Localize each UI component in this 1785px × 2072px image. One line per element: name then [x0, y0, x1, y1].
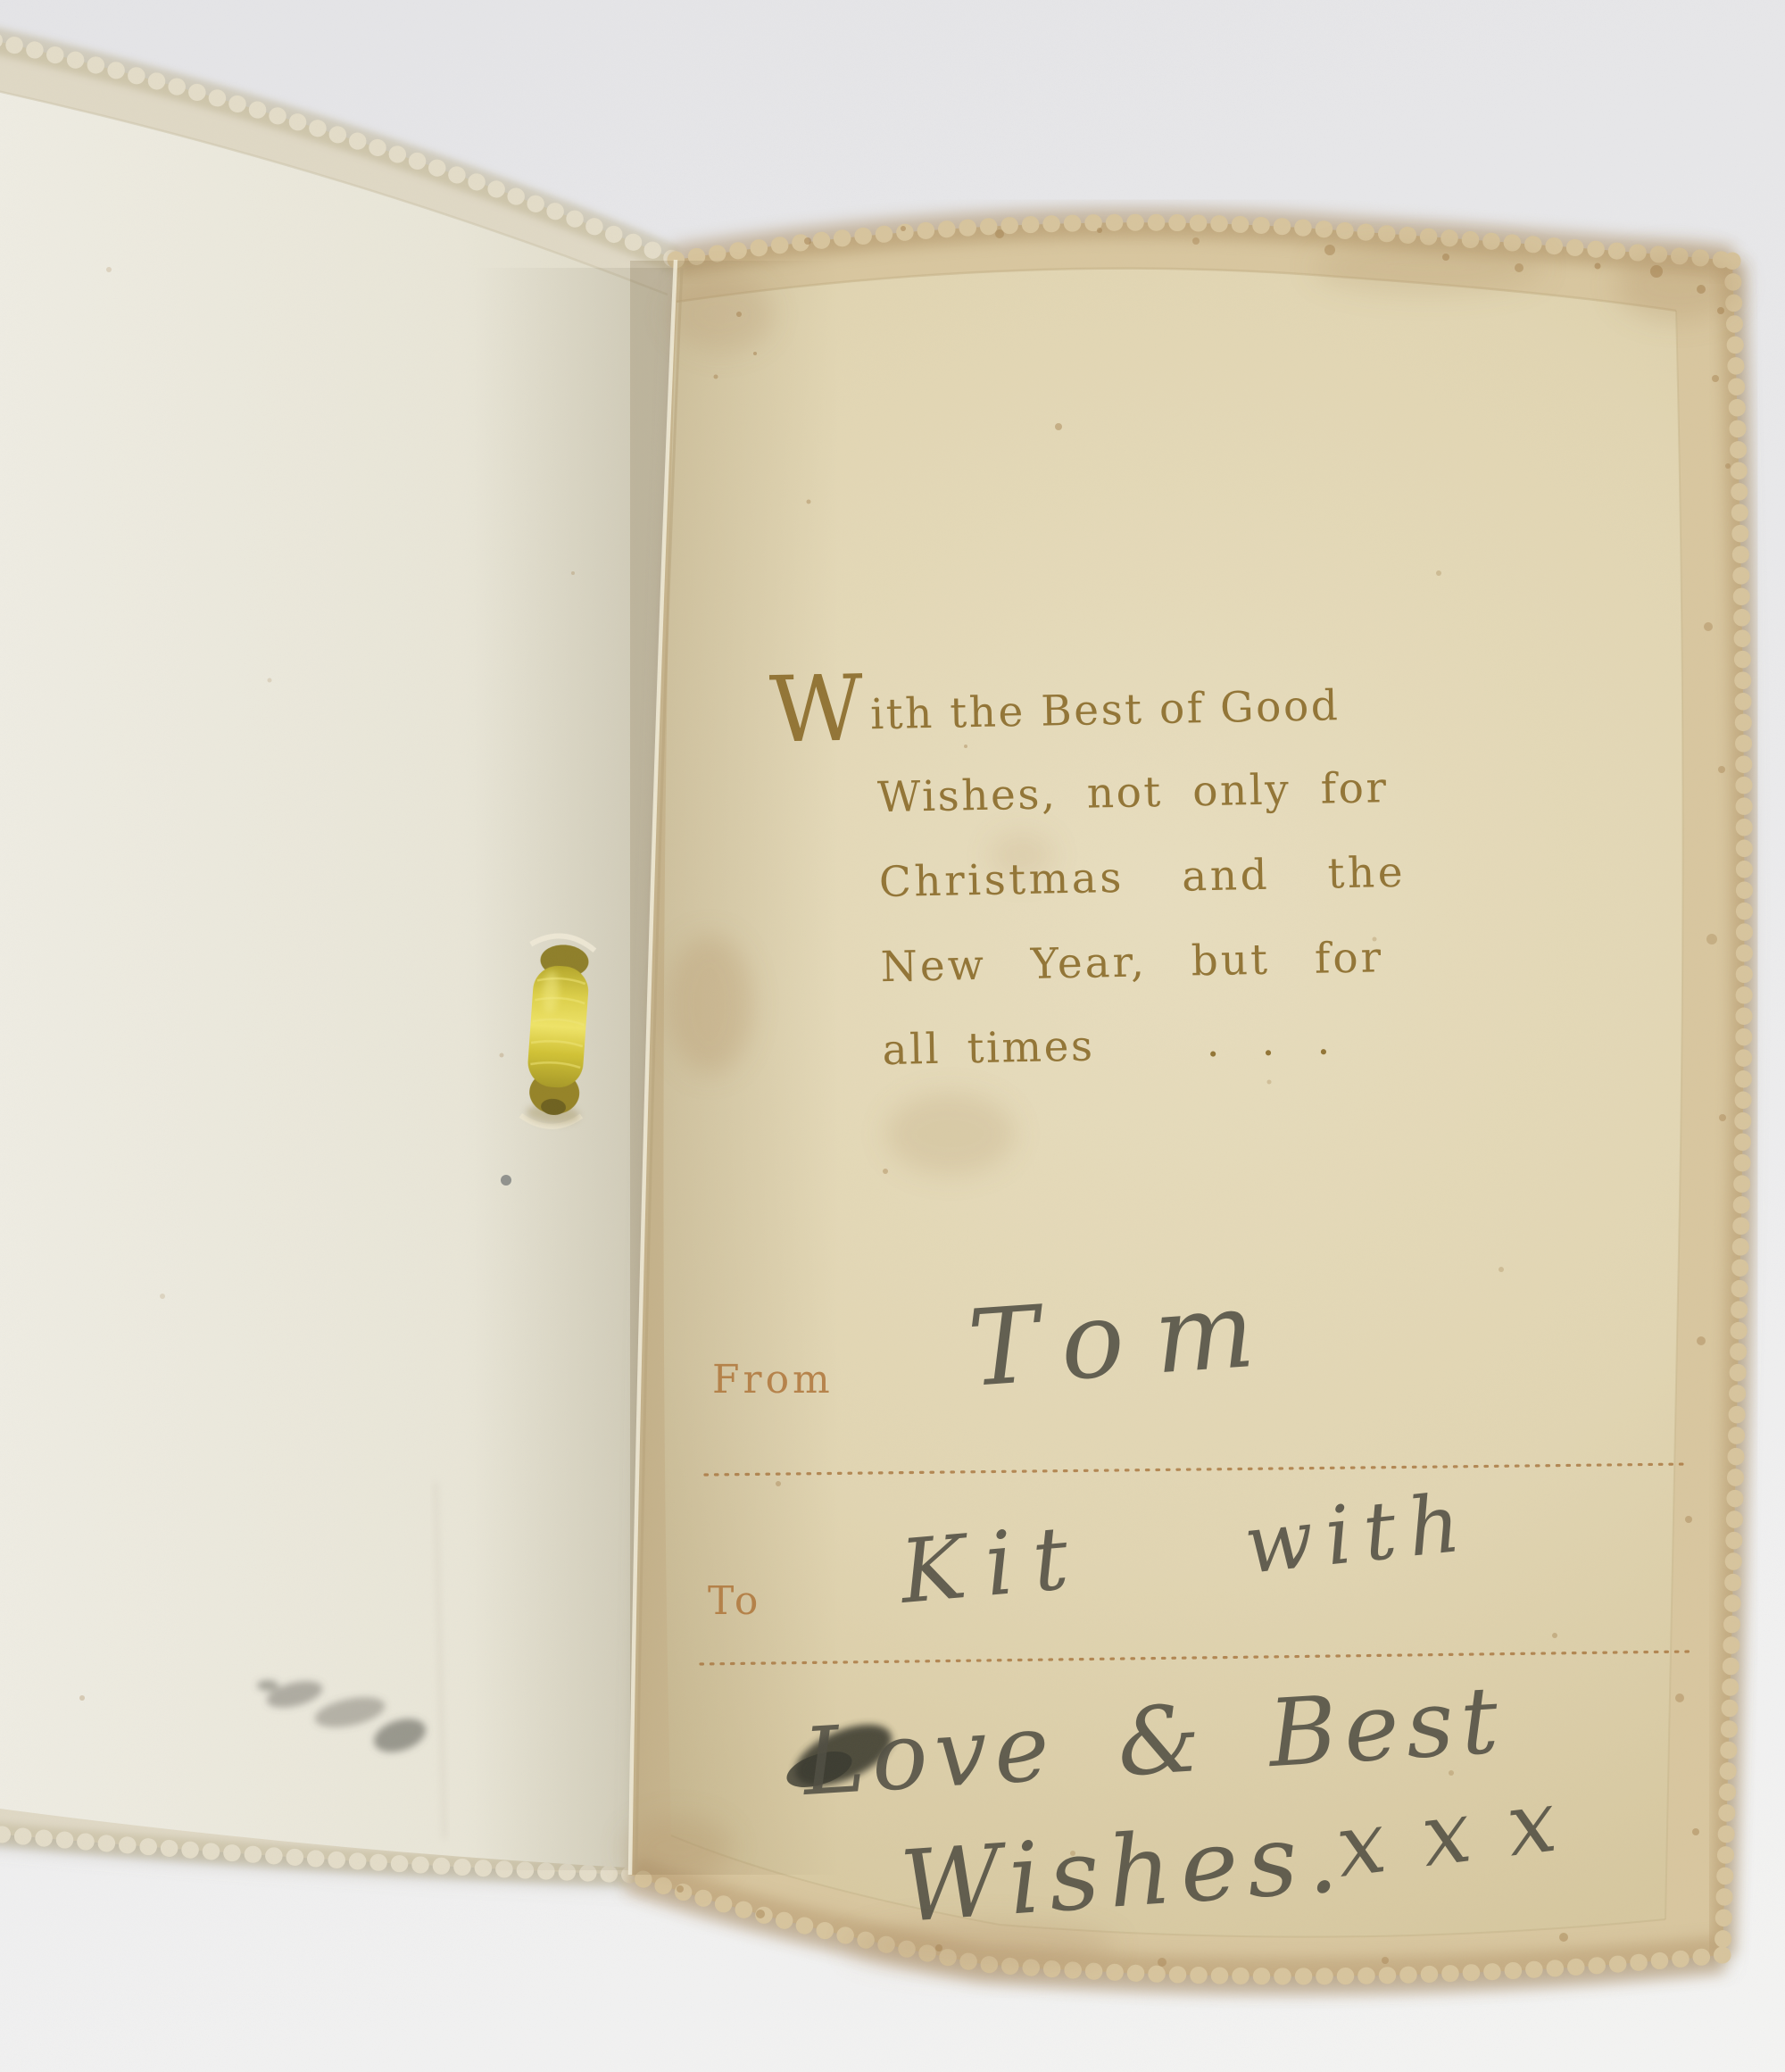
paper-grain-texture [0, 0, 1785, 2072]
photo-of-greeting-card: With the Best of Good Wishes, not only f… [0, 0, 1785, 2072]
